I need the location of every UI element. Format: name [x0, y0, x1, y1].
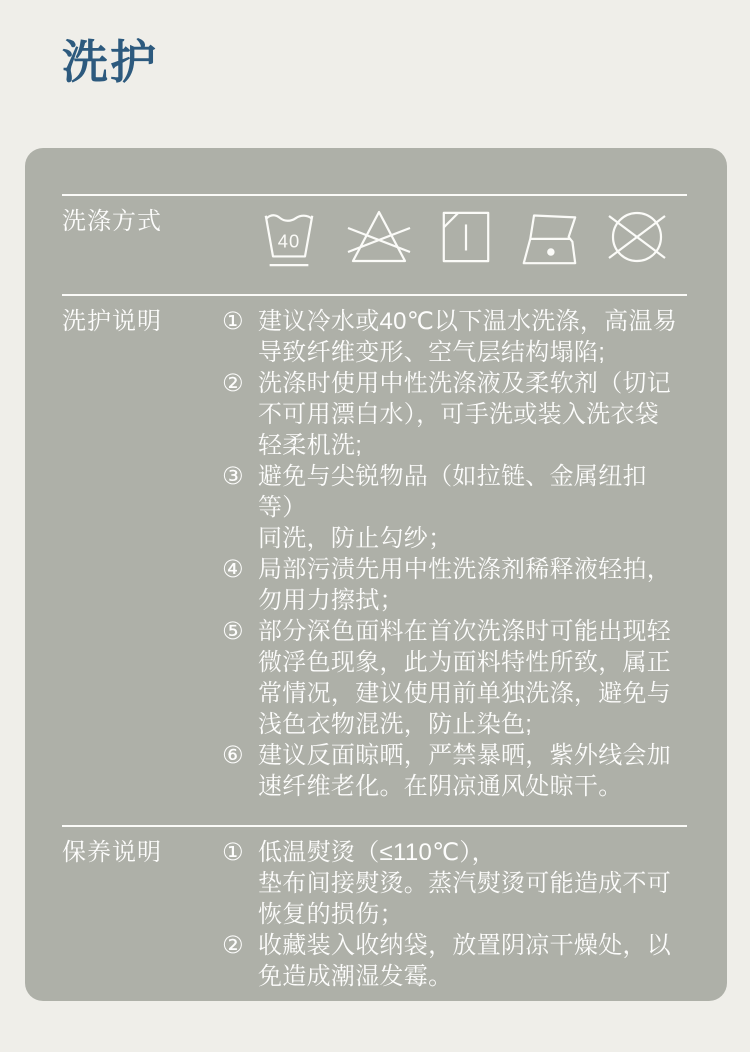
maintenance-list: ① 低温熨烫（≤110℃）， 垫布间接熨烫。蒸汽熨烫可能造成不可 恢复的损伤； …	[222, 827, 671, 992]
list-item: ③ 避免与尖锐物品（如拉链、金属纽扣等） 同洗，防止勾纱；	[222, 461, 687, 554]
section-maintenance: 保养说明 ① 低温熨烫（≤110℃）， 垫布间接熨烫。蒸汽熨烫可能造成不可 恢复…	[62, 825, 687, 992]
item-number: ②	[222, 930, 258, 961]
list-item: ⑤ 部分深色面料在首次洗涤时可能出现轻 微浮色现象，此为面料特性所致，属正 常情…	[222, 616, 687, 740]
wash-temp-label: 40	[278, 231, 300, 252]
section-wash-method: 洗涤方式 40	[62, 194, 687, 294]
list-item: ② 洗涤时使用中性洗涤液及柔软剂（切记 不可用漂白水），可手洗或装入洗衣袋 轻柔…	[222, 368, 687, 461]
item-number: ③	[222, 461, 258, 492]
item-text: 建议冷水或40℃以下温水洗涤，高温易 导致纤维变形、空气层结构塌陷;	[258, 306, 677, 368]
item-number: ①	[222, 837, 258, 868]
wash-symbols: 40	[258, 196, 670, 272]
item-text: 建议反面晾晒，严禁暴晒，紫外线会加 速纤维老化。在阴凉通风处晾干。	[258, 740, 671, 802]
list-item: ⑥ 建议反面晾晒，严禁暴晒，紫外线会加 速纤维老化。在阴凉通风处晾干。	[222, 740, 687, 802]
do-not-bleach-icon	[346, 206, 412, 268]
item-number: ④	[222, 554, 258, 585]
item-number: ②	[222, 368, 258, 399]
item-number: ⑤	[222, 616, 258, 647]
section-care-instructions: 洗护说明 ① 建议冷水或40℃以下温水洗涤，高温易 导致纤维变形、空气层结构塌陷…	[62, 294, 687, 825]
item-text: 部分深色面料在首次洗涤时可能出现轻 微浮色现象，此为面料特性所致，属正 常情况，…	[258, 616, 671, 740]
line-dry-in-shade-icon	[438, 206, 494, 268]
list-item: ② 收藏装入收纳袋，放置阴凉干燥处，以 免造成潮湿发霉。	[222, 930, 671, 992]
list-item: ① 建议冷水或40℃以下温水洗涤，高温易 导致纤维变形、空气层结构塌陷;	[222, 306, 687, 368]
item-number: ⑥	[222, 740, 258, 771]
item-text: 避免与尖锐物品（如拉链、金属纽扣等） 同洗，防止勾纱；	[258, 461, 687, 554]
list-item: ① 低温熨烫（≤110℃）， 垫布间接熨烫。蒸汽熨烫可能造成不可 恢复的损伤；	[222, 837, 671, 930]
maintenance-label: 保养说明	[62, 827, 222, 868]
machine-wash-40-gentle-icon: 40	[258, 206, 320, 272]
item-text: 收藏装入收纳袋，放置阴凉干燥处，以 免造成潮湿发霉。	[258, 930, 671, 992]
care-card: 洗涤方式 40	[25, 148, 727, 1001]
iron-low-temperature-icon	[520, 206, 578, 268]
wash-method-label: 洗涤方式	[62, 196, 222, 237]
item-text: 洗涤时使用中性洗涤液及柔软剂（切记 不可用漂白水），可手洗或装入洗衣袋 轻柔机洗…	[258, 368, 671, 461]
item-number: ①	[222, 306, 258, 337]
item-text: 低温熨烫（≤110℃）， 垫布间接熨烫。蒸汽熨烫可能造成不可 恢复的损伤；	[258, 837, 671, 930]
page-title: 洗护	[0, 0, 750, 92]
care-instructions-list: ① 建议冷水或40℃以下温水洗涤，高温易 导致纤维变形、空气层结构塌陷; ② 洗…	[222, 296, 687, 802]
list-item: ④ 局部污渍先用中性洗涤剂稀释液轻拍， 勿用力擦拭；	[222, 554, 687, 616]
do-not-dry-clean-icon	[604, 206, 670, 268]
item-text: 局部污渍先用中性洗涤剂稀释液轻拍， 勿用力擦拭；	[258, 554, 671, 616]
iron-dot-low-heat	[547, 248, 554, 255]
care-instructions-label: 洗护说明	[62, 296, 222, 337]
